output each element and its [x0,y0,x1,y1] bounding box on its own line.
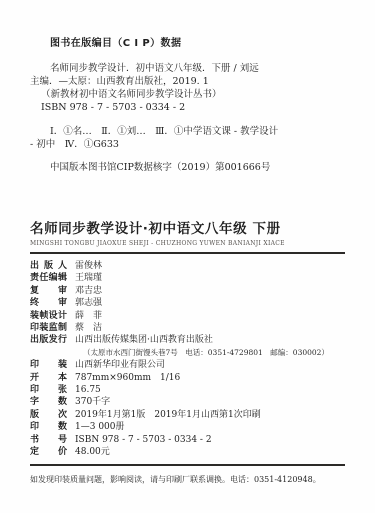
cip-classification-block: Ⅰ．①名… Ⅱ．①刘… Ⅲ．①中学语文课 - 教学设计 - 初中 Ⅳ．①G633 [30,125,345,151]
colophon-label: 装帧设计 [30,310,67,322]
colophon-row: 出版人雷俊林 [30,260,345,272]
colophon-label: 版次 [30,409,67,421]
colophon-row: 责任编辑王瑞瑾 [30,272,345,284]
divider-rule-bottom [30,464,345,466]
print-quality-notice: 如发现印装质量问题，影响阅读，请与印刷厂联系调换。电话：0351-4120948… [30,474,345,485]
colophon-row: 版次2019年1月第1版 2019年1月山西第1次印刷 [30,409,345,421]
copyright-page: 图书在版编目（C I P）数据 名师同步教学设计．初中语文八年级．下册 / 刘远… [0,0,375,513]
cip-line-publisher: 主编．—太原：山西教育出版社，2019. 1 [30,75,345,88]
book-title-pinyin: MINGSHI TONGBU JIAOXUE SHEJI - CHUZHONG … [30,240,345,247]
colophon-row: 印数1—3 000册 [30,421,345,433]
colophon-row: 复审邓吉忠 [30,285,345,297]
colophon-value: 蔡 洁 [75,323,102,333]
colophon-row: 印装山西新华印业有限公司 [30,359,345,371]
colophon-label: 印数 [30,421,67,433]
colophon-row: 装帧设计薛 菲 [30,310,345,322]
cip-line-series: （新教材初中语文名师同步教学设计丛书） [41,88,345,101]
colophon-label: 开本 [30,372,67,384]
cip-data-block: 名师同步教学设计．初中语文八年级．下册 / 刘远 主编．—太原：山西教育出版社，… [30,62,345,114]
colophon-value: 薛 菲 [75,311,102,321]
colophon-label: 出版发行 [30,334,67,346]
colophon-value: 王瑞瑾 [75,273,102,283]
colophon-value: 雷俊林 [75,261,102,271]
colophon-row: 开本787mm×960mm 1/16 [30,372,345,384]
cip-line-title: 名师同步教学设计．初中语文八年级．下册 / 刘远 [50,62,345,75]
publisher-address-note: （太原市水西门街馒头巷7号 电话：0351-4729801 邮编：030002） [83,347,345,359]
colophon-label: 书号 [30,434,67,446]
colophon-label: 出版人 [30,260,67,272]
book-title: 名师同步教学设计·初中语文八年级 下册 [30,221,345,237]
colophon-list: 出版人雷俊林 责任编辑王瑞瑾 复审邓吉忠 终审郭志强 装帧设计薛 菲 [30,260,345,459]
classification-line-1: Ⅰ．①名… Ⅱ．①刘… Ⅲ．①中学语文课 - 教学设计 [50,125,345,138]
colophon-value: 山西出版传媒集团·山西教育出版社 [75,335,213,345]
colophon-label: 印装监制 [30,322,67,334]
colophon-value: ISBN 978 - 7 - 5703 - 0334 - 2 [75,435,212,445]
colophon-value: 山西新华印业有限公司 [75,360,165,370]
colophon-value: 郭志强 [75,298,102,308]
colophon-value: 787mm×960mm 1/16 [75,373,180,383]
cip-record-number: 中国版本图书馆CIP数据核字（2019）第001666号 [50,161,345,174]
cip-line-isbn: ISBN 978 - 7 - 5703 - 0334 - 2 [41,101,345,114]
colophon-label: 印张 [30,384,67,396]
colophon-row: 出版发行山西出版传媒集团·山西教育出版社 （太原市水西门街馒头巷7号 电话：03… [30,334,345,359]
colophon-row: 终审郭志强 [30,297,345,309]
colophon-label: 定价 [30,446,67,458]
colophon-label: 字数 [30,396,67,408]
cip-header: 图书在版编目（C I P）数据 [50,34,345,49]
colophon-value: 16.75 [75,385,101,395]
colophon-value: 邓吉忠 [75,286,102,296]
colophon-row: 印张16.75 [30,384,345,396]
colophon-value: 370千字 [75,397,110,407]
colophon-row: 字数370千字 [30,396,345,408]
colophon-label: 印装 [30,359,67,371]
colophon-label: 责任编辑 [30,272,67,284]
colophon-row: 定价48.00元 [30,446,345,458]
book-title-block: 名师同步教学设计·初中语文八年级 下册 MINGSHI TONGBU JIAOX… [30,221,345,254]
colophon-value: 48.00元 [75,447,110,457]
colophon-value: 1—3 000册 [75,422,125,432]
colophon-label: 终审 [30,297,67,309]
colophon-label: 复审 [30,285,67,297]
divider-rule-top [30,252,345,254]
colophon-row: 书号ISBN 978 - 7 - 5703 - 0334 - 2 [30,434,345,446]
classification-line-2: - 初中 Ⅳ．①G633 [30,138,345,151]
colophon-value: 2019年1月第1版 2019年1月山西第1次印刷 [75,410,261,420]
colophon-row: 印装监制蔡 洁 [30,322,345,334]
